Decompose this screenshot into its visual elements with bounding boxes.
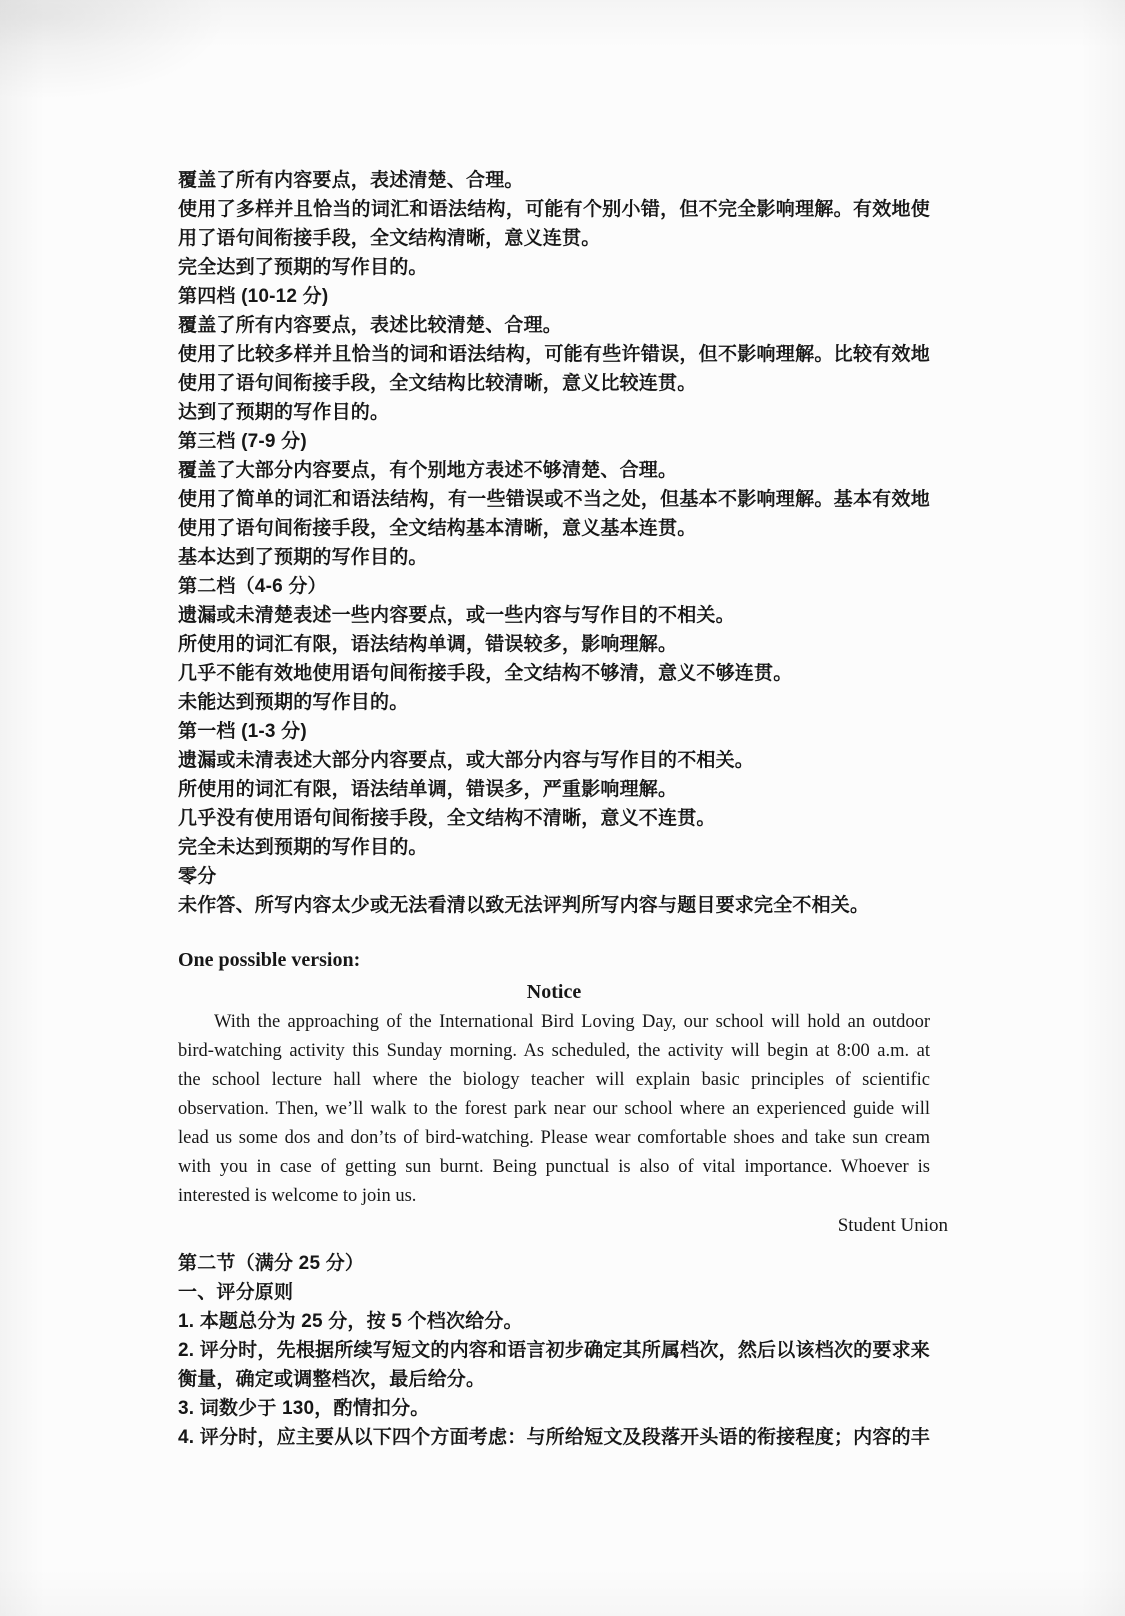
- rubric-line: 零分: [178, 862, 930, 891]
- one-possible-version-label: One possible version:: [178, 946, 930, 975]
- rubric-line: 遗漏或未清楚表述一些内容要点，或一些内容与写作目的不相关。: [178, 601, 930, 630]
- rubric-line: 完全达到了预期的写作目的。: [178, 253, 930, 282]
- rubric-line: 覆盖了所有内容要点，表述比较清楚、合理。: [178, 311, 930, 340]
- section-two-subheading: 一、评分原则: [178, 1278, 930, 1307]
- rubric-line: 所使用的词汇有限，语法结单调，错误多，严重影响理解。: [178, 775, 930, 804]
- rubric-line: 覆盖了所有内容要点，表述清楚、合理。: [178, 166, 930, 195]
- model-answer-section: One possible version: Notice With the ap…: [178, 946, 930, 1240]
- notice-body-line: lead us some dos and don’ts of bird-watc…: [178, 1124, 930, 1153]
- rubric-line: 使用了语句间衔接手段，全文结构比较清晰，意义比较连贯。: [178, 369, 930, 398]
- rule-line: 3. 词数少于 130，酌情扣分。: [178, 1394, 930, 1423]
- rubric-line: 用了语句间衔接手段，全文结构清晰，意义连贯。: [178, 224, 930, 253]
- section-two-heading: 第二节（满分 25 分）: [178, 1249, 930, 1278]
- notice-body-line: With the approaching of the Internationa…: [178, 1008, 930, 1037]
- rubric-line: 几乎不能有效地使用语句间衔接手段，全文结构不够清，意义不够连贯。: [178, 659, 930, 688]
- scanned-exam-answer-page: 覆盖了所有内容要点，表述清楚、合理。 使用了多样并且恰当的词汇和语法结构，可能有…: [0, 0, 1125, 1616]
- notice-body-line: the school lecture hall where the biolog…: [178, 1066, 930, 1095]
- rubric-line: 未作答、所写内容太少或无法看清以致无法评判所写内容与题目要求完全不相关。: [178, 891, 930, 920]
- notice-body: With the approaching of the Internationa…: [178, 1008, 930, 1211]
- notice-body-line: with you in case of getting sun burnt. B…: [178, 1153, 930, 1182]
- rubric-line: 遗漏或未清表述大部分内容要点，或大部分内容与写作目的不相关。: [178, 746, 930, 775]
- rubric-line: 第一档 (1-3 分): [178, 717, 930, 746]
- rubric-line: 所使用的词汇有限，语法结构单调，错误较多，影响理解。: [178, 630, 930, 659]
- rubric-line: 完全未达到预期的写作目的。: [178, 833, 930, 862]
- page-content: 覆盖了所有内容要点，表述清楚、合理。 使用了多样并且恰当的词汇和语法结构，可能有…: [178, 166, 930, 1452]
- rubric-line: 第二档（4-6 分）: [178, 572, 930, 601]
- section-two-scoring-principles: 第二节（满分 25 分） 一、评分原则 1. 本题总分为 25 分，按 5 个档…: [178, 1249, 930, 1452]
- rubric-line: 使用了比较多样并且恰当的词和语法结构，可能有些许错误，但不影响理解。比较有效地: [178, 340, 930, 369]
- rubric-line: 第四档 (10-12 分): [178, 282, 930, 311]
- rubric-line: 使用了语句间衔接手段，全文结构基本清晰，意义基本连贯。: [178, 514, 930, 543]
- scoring-rubric-band-descriptors: 覆盖了所有内容要点，表述清楚、合理。 使用了多样并且恰当的词汇和语法结构，可能有…: [178, 166, 930, 920]
- rubric-line: 未能达到预期的写作目的。: [178, 688, 930, 717]
- rubric-line: 使用了多样并且恰当的词汇和语法结构，可能有个别小错，但不完全影响理解。有效地使: [178, 195, 930, 224]
- signature-student-union: Student Union: [178, 1211, 948, 1240]
- rubric-line: 达到了预期的写作目的。: [178, 398, 930, 427]
- notice-body-line: bird-watching activity this Sunday morni…: [178, 1037, 930, 1066]
- rubric-line: 覆盖了大部分内容要点，有个别地方表述不够清楚、合理。: [178, 456, 930, 485]
- rubric-line: 第三档 (7-9 分): [178, 427, 930, 456]
- rubric-line: 几乎没有使用语句间衔接手段，全文结构不清晰，意义不连贯。: [178, 804, 930, 833]
- rule-line: 衡量，确定或调整档次，最后给分。: [178, 1365, 930, 1394]
- section-two-rules: 1. 本题总分为 25 分，按 5 个档次给分。 2. 评分时，先根据所续写短文…: [178, 1307, 930, 1452]
- notice-body-line: observation. Then, we’ll walk to the for…: [178, 1095, 930, 1124]
- rule-line: 2. 评分时，先根据所续写短文的内容和语言初步确定其所属档次，然后以该档次的要求…: [178, 1336, 930, 1365]
- rubric-line: 使用了简单的词汇和语法结构，有一些错误或不当之处，但基本不影响理解。基本有效地: [178, 485, 930, 514]
- notice-title: Notice: [178, 978, 930, 1007]
- rule-line: 4. 评分时，应主要从以下四个方面考虑：与所给短文及段落开头语的衔接程度；内容的…: [178, 1423, 930, 1452]
- rubric-line: 基本达到了预期的写作目的。: [178, 543, 930, 572]
- notice-body-line: interested is welcome to join us.: [178, 1182, 930, 1211]
- rule-line: 1. 本题总分为 25 分，按 5 个档次给分。: [178, 1307, 930, 1336]
